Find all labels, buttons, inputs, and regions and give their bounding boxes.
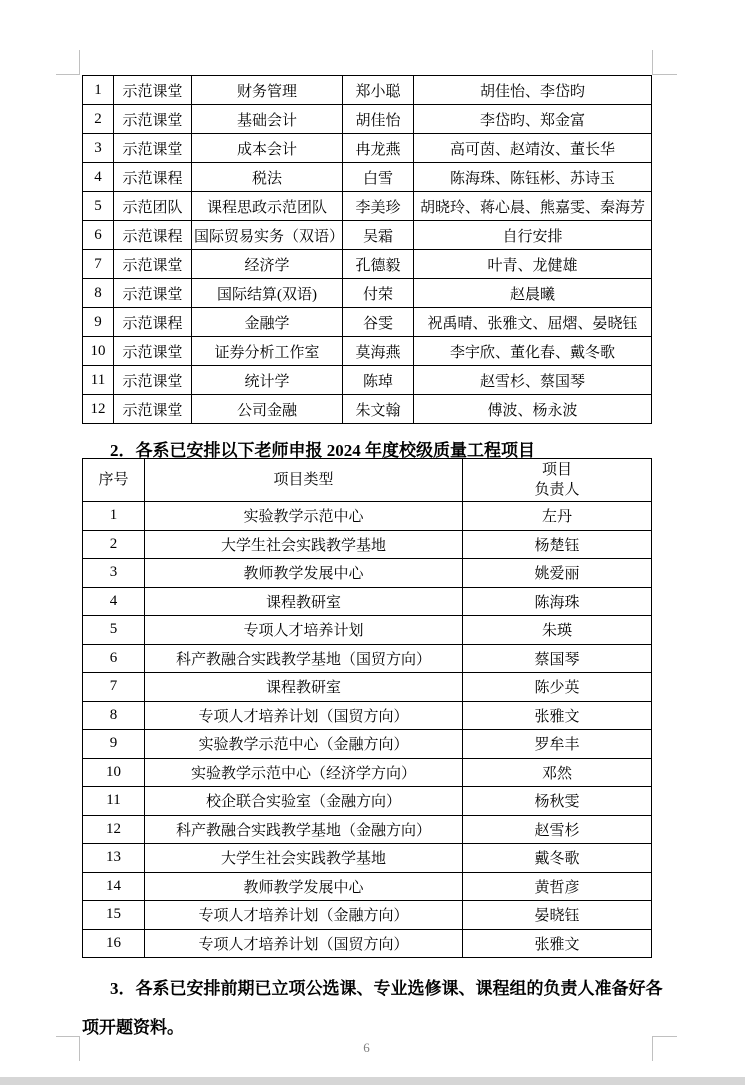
table-row: 11 示范课堂 统计学 陈琸 赵雪杉、蔡国琴: [83, 366, 652, 395]
project-type-cell: 课程教研室: [145, 587, 463, 616]
row-number-cell: 16: [83, 929, 145, 958]
members-cell: 胡佳怡、李岱昀: [414, 76, 652, 105]
row-number-cell: 7: [83, 250, 114, 279]
leader-cell: 姚爱丽: [463, 559, 652, 588]
course-name-cell: 统计学: [192, 366, 343, 395]
table-row: 1 示范课堂 财务管理 郑小聪 胡佳怡、李岱昀: [83, 76, 652, 105]
members-cell: 胡晓玲、蒋心晨、熊嘉雯、秦海芳: [414, 192, 652, 221]
page-number: 6: [82, 1040, 651, 1056]
row-number-cell: 1: [83, 76, 114, 105]
course-name-cell: 公司金融: [192, 395, 343, 424]
table-row: 2 示范课堂 基础会计 胡佳怡 李岱昀、郑金富: [83, 105, 652, 134]
table-row: 7 示范课堂 经济学 孔德毅 叶青、龙健雄: [83, 250, 652, 279]
table-row: 6 科产教融合实践教学基地（国贸方向） 蔡国琴: [83, 644, 652, 673]
project-type-cell: 课程教研室: [145, 673, 463, 702]
document-page: 1 示范课堂 财务管理 郑小聪 胡佳怡、李岱昀 2 示范课堂 基础会计 胡佳怡 …: [0, 0, 745, 1085]
course-name-cell: 基础会计: [192, 105, 343, 134]
row-number-cell: 12: [83, 395, 114, 424]
row-number-cell: 8: [83, 279, 114, 308]
header-leader: 项目 负责人: [463, 459, 652, 502]
row-number-cell: 1: [83, 502, 145, 531]
quality-projects-table: 序号 项目类型 项目 负责人 1 实验教学示范中心 左丹 2 大学生社会实践教学…: [82, 458, 652, 958]
row-number-cell: 6: [83, 644, 145, 673]
row-number-cell: 3: [83, 134, 114, 163]
category-cell: 示范课堂: [114, 395, 192, 424]
category-cell: 示范课程: [114, 221, 192, 250]
project-type-cell: 大学生社会实践教学基地: [145, 530, 463, 559]
row-number-cell: 11: [83, 366, 114, 395]
project-type-cell: 专项人才培养计划: [145, 616, 463, 645]
members-cell: 李宇欣、董化春、戴冬歌: [414, 337, 652, 366]
members-cell: 自行安排: [414, 221, 652, 250]
row-number-cell: 7: [83, 673, 145, 702]
teacher-cell: 吴霜: [343, 221, 414, 250]
table-row: 9 实验教学示范中心（金融方向） 罗牟丰: [83, 730, 652, 759]
teacher-cell: 郑小聪: [343, 76, 414, 105]
course-name-cell: 金融学: [192, 308, 343, 337]
project-type-cell: 专项人才培养计划（国贸方向）: [145, 929, 463, 958]
category-cell: 示范课堂: [114, 76, 192, 105]
members-cell: 傅波、杨永波: [414, 395, 652, 424]
members-cell: 陈海珠、陈钰彬、苏诗玉: [414, 163, 652, 192]
teacher-cell: 付荣: [343, 279, 414, 308]
table-row: 14 教师教学发展中心 黄哲彦: [83, 872, 652, 901]
leader-cell: 罗牟丰: [463, 730, 652, 759]
project-type-cell: 教师教学发展中心: [145, 872, 463, 901]
leader-cell: 蔡国琴: [463, 644, 652, 673]
row-number-cell: 4: [83, 163, 114, 192]
table-row: 12 科产教融合实践教学基地（金融方向） 赵雪杉: [83, 815, 652, 844]
teacher-cell: 莫海燕: [343, 337, 414, 366]
row-number-cell: 9: [83, 730, 145, 759]
table-row: 16 专项人才培养计划（国贸方向） 张雅文: [83, 929, 652, 958]
category-cell: 示范课程: [114, 163, 192, 192]
table-row: 1 实验教学示范中心 左丹: [83, 502, 652, 531]
project-type-cell: 科产教融合实践教学基地（金融方向）: [145, 815, 463, 844]
margin-mark-bottom-right-v: [652, 1036, 653, 1061]
margin-mark-top-right-h: [653, 74, 677, 75]
project-type-cell: 教师教学发展中心: [145, 559, 463, 588]
table-row: 6 示范课程 国际贸易实务（双语） 吴霜 自行安排: [83, 221, 652, 250]
row-number-cell: 2: [83, 105, 114, 134]
row-number-cell: 10: [83, 337, 114, 366]
header-no: 序号: [83, 459, 145, 502]
category-cell: 示范课程: [114, 308, 192, 337]
category-cell: 示范课堂: [114, 105, 192, 134]
category-cell: 示范课堂: [114, 279, 192, 308]
course-name-cell: 财务管理: [192, 76, 343, 105]
leader-cell: 戴冬歌: [463, 844, 652, 873]
table-row: 3 示范课堂 成本会计 冉龙燕 高可茵、赵靖汝、董长华: [83, 134, 652, 163]
members-cell: 李岱昀、郑金富: [414, 105, 652, 134]
leader-cell: 陈少英: [463, 673, 652, 702]
teacher-cell: 李美珍: [343, 192, 414, 221]
project-type-cell: 校企联合实验室（金融方向）: [145, 787, 463, 816]
row-number-cell: 6: [83, 221, 114, 250]
margin-mark-bottom-right-h: [653, 1036, 677, 1037]
leader-cell: 邓然: [463, 758, 652, 787]
margin-mark-bottom-left-h: [56, 1036, 80, 1037]
table-row: 11 校企联合实验室（金融方向） 杨秋雯: [83, 787, 652, 816]
course-name-cell: 课程思政示范团队: [192, 192, 343, 221]
margin-mark-top-left-v: [79, 50, 80, 75]
teacher-cell: 冉龙燕: [343, 134, 414, 163]
table-row: 5 专项人才培养计划 朱瑛: [83, 616, 652, 645]
course-name-cell: 经济学: [192, 250, 343, 279]
page-bottom-edge: [0, 1077, 745, 1085]
course-name-cell: 国际结算(双语): [192, 279, 343, 308]
teacher-cell: 孔德毅: [343, 250, 414, 279]
table-row: 10 实验教学示范中心（经济学方向） 邓然: [83, 758, 652, 787]
leader-cell: 左丹: [463, 502, 652, 531]
table-row: 12 示范课堂 公司金融 朱文翰 傅波、杨永波: [83, 395, 652, 424]
header-leader-line2: 负责人: [465, 480, 649, 500]
course-name-cell: 成本会计: [192, 134, 343, 163]
project-type-cell: 实验教学示范中心（金融方向）: [145, 730, 463, 759]
leader-cell: 张雅文: [463, 929, 652, 958]
teacher-cell: 谷雯: [343, 308, 414, 337]
row-number-cell: 3: [83, 559, 145, 588]
project-type-cell: 实验教学示范中心: [145, 502, 463, 531]
leader-cell: 赵雪杉: [463, 815, 652, 844]
leader-cell: 陈海珠: [463, 587, 652, 616]
header-leader-line1: 项目: [465, 460, 649, 480]
section-3-text-line2: 项开题资料。: [82, 1013, 184, 1038]
project-type-cell: 大学生社会实践教学基地: [145, 844, 463, 873]
table-row: 9 示范课程 金融学 谷雯 祝禹晴、张雅文、屈熠、晏晓钰: [83, 308, 652, 337]
row-number-cell: 8: [83, 701, 145, 730]
teacher-cell: 陈琸: [343, 366, 414, 395]
leader-cell: 晏晓钰: [463, 901, 652, 930]
table-row: 8 专项人才培养计划（国贸方向） 张雅文: [83, 701, 652, 730]
category-cell: 示范课堂: [114, 134, 192, 163]
leader-cell: 张雅文: [463, 701, 652, 730]
row-number-cell: 9: [83, 308, 114, 337]
teacher-cell: 朱文翰: [343, 395, 414, 424]
leader-cell: 杨楚钰: [463, 530, 652, 559]
margin-mark-top-left-h: [56, 74, 80, 75]
margin-mark-bottom-left-v: [79, 1036, 80, 1061]
margin-mark-top-right-v: [652, 50, 653, 75]
teacher-cell: 白雪: [343, 163, 414, 192]
row-number-cell: 10: [83, 758, 145, 787]
members-cell: 高可茵、赵靖汝、董长华: [414, 134, 652, 163]
table-row: 2 大学生社会实践教学基地 杨楚钰: [83, 530, 652, 559]
row-number-cell: 4: [83, 587, 145, 616]
row-number-cell: 5: [83, 192, 114, 221]
table-row: 8 示范课堂 国际结算(双语) 付荣 赵晨曦: [83, 279, 652, 308]
category-cell: 示范课堂: [114, 250, 192, 279]
row-number-cell: 11: [83, 787, 145, 816]
project-type-cell: 专项人才培养计划（国贸方向）: [145, 701, 463, 730]
table-row: 15 专项人才培养计划（金融方向） 晏晓钰: [83, 901, 652, 930]
category-cell: 示范团队: [114, 192, 192, 221]
course-name-cell: 税法: [192, 163, 343, 192]
row-number-cell: 5: [83, 616, 145, 645]
members-cell: 赵雪杉、蔡国琴: [414, 366, 652, 395]
table-row: 4 示范课程 税法 白雪 陈海珠、陈钰彬、苏诗玉: [83, 163, 652, 192]
leader-cell: 黄哲彦: [463, 872, 652, 901]
category-cell: 示范课堂: [114, 366, 192, 395]
table-row: 13 大学生社会实践教学基地 戴冬歌: [83, 844, 652, 873]
table-row: 4 课程教研室 陈海珠: [83, 587, 652, 616]
row-number-cell: 12: [83, 815, 145, 844]
course-name-cell: 国际贸易实务（双语）: [192, 221, 343, 250]
project-type-cell: 科产教融合实践教学基地（国贸方向）: [145, 644, 463, 673]
table-row: 5 示范团队 课程思政示范团队 李美珍 胡晓玲、蒋心晨、熊嘉雯、秦海芳: [83, 192, 652, 221]
leader-cell: 朱瑛: [463, 616, 652, 645]
leader-cell: 杨秋雯: [463, 787, 652, 816]
project-type-cell: 专项人才培养计划（金融方向）: [145, 901, 463, 930]
course-name-cell: 证券分析工作室: [192, 337, 343, 366]
table-header-row: 序号 项目类型 项目 负责人: [83, 459, 652, 502]
project-type-cell: 实验教学示范中心（经济学方向）: [145, 758, 463, 787]
row-number-cell: 2: [83, 530, 145, 559]
row-number-cell: 13: [83, 844, 145, 873]
members-cell: 祝禹晴、张雅文、屈熠、晏晓钰: [414, 308, 652, 337]
table-row: 3 教师教学发展中心 姚爱丽: [83, 559, 652, 588]
teacher-cell: 胡佳怡: [343, 105, 414, 134]
section-3-text-line1: 3．各系已安排前期已立项公选课、专业选修课、课程组的负责人准备好各: [110, 974, 663, 999]
row-number-cell: 15: [83, 901, 145, 930]
members-cell: 叶青、龙健雄: [414, 250, 652, 279]
members-cell: 赵晨曦: [414, 279, 652, 308]
row-number-cell: 14: [83, 872, 145, 901]
header-type: 项目类型: [145, 459, 463, 502]
table-row: 10 示范课堂 证券分析工作室 莫海燕 李宇欣、董化春、戴冬歌: [83, 337, 652, 366]
category-cell: 示范课堂: [114, 337, 192, 366]
demo-courses-table: 1 示范课堂 财务管理 郑小聪 胡佳怡、李岱昀 2 示范课堂 基础会计 胡佳怡 …: [82, 75, 652, 424]
table-row: 7 课程教研室 陈少英: [83, 673, 652, 702]
